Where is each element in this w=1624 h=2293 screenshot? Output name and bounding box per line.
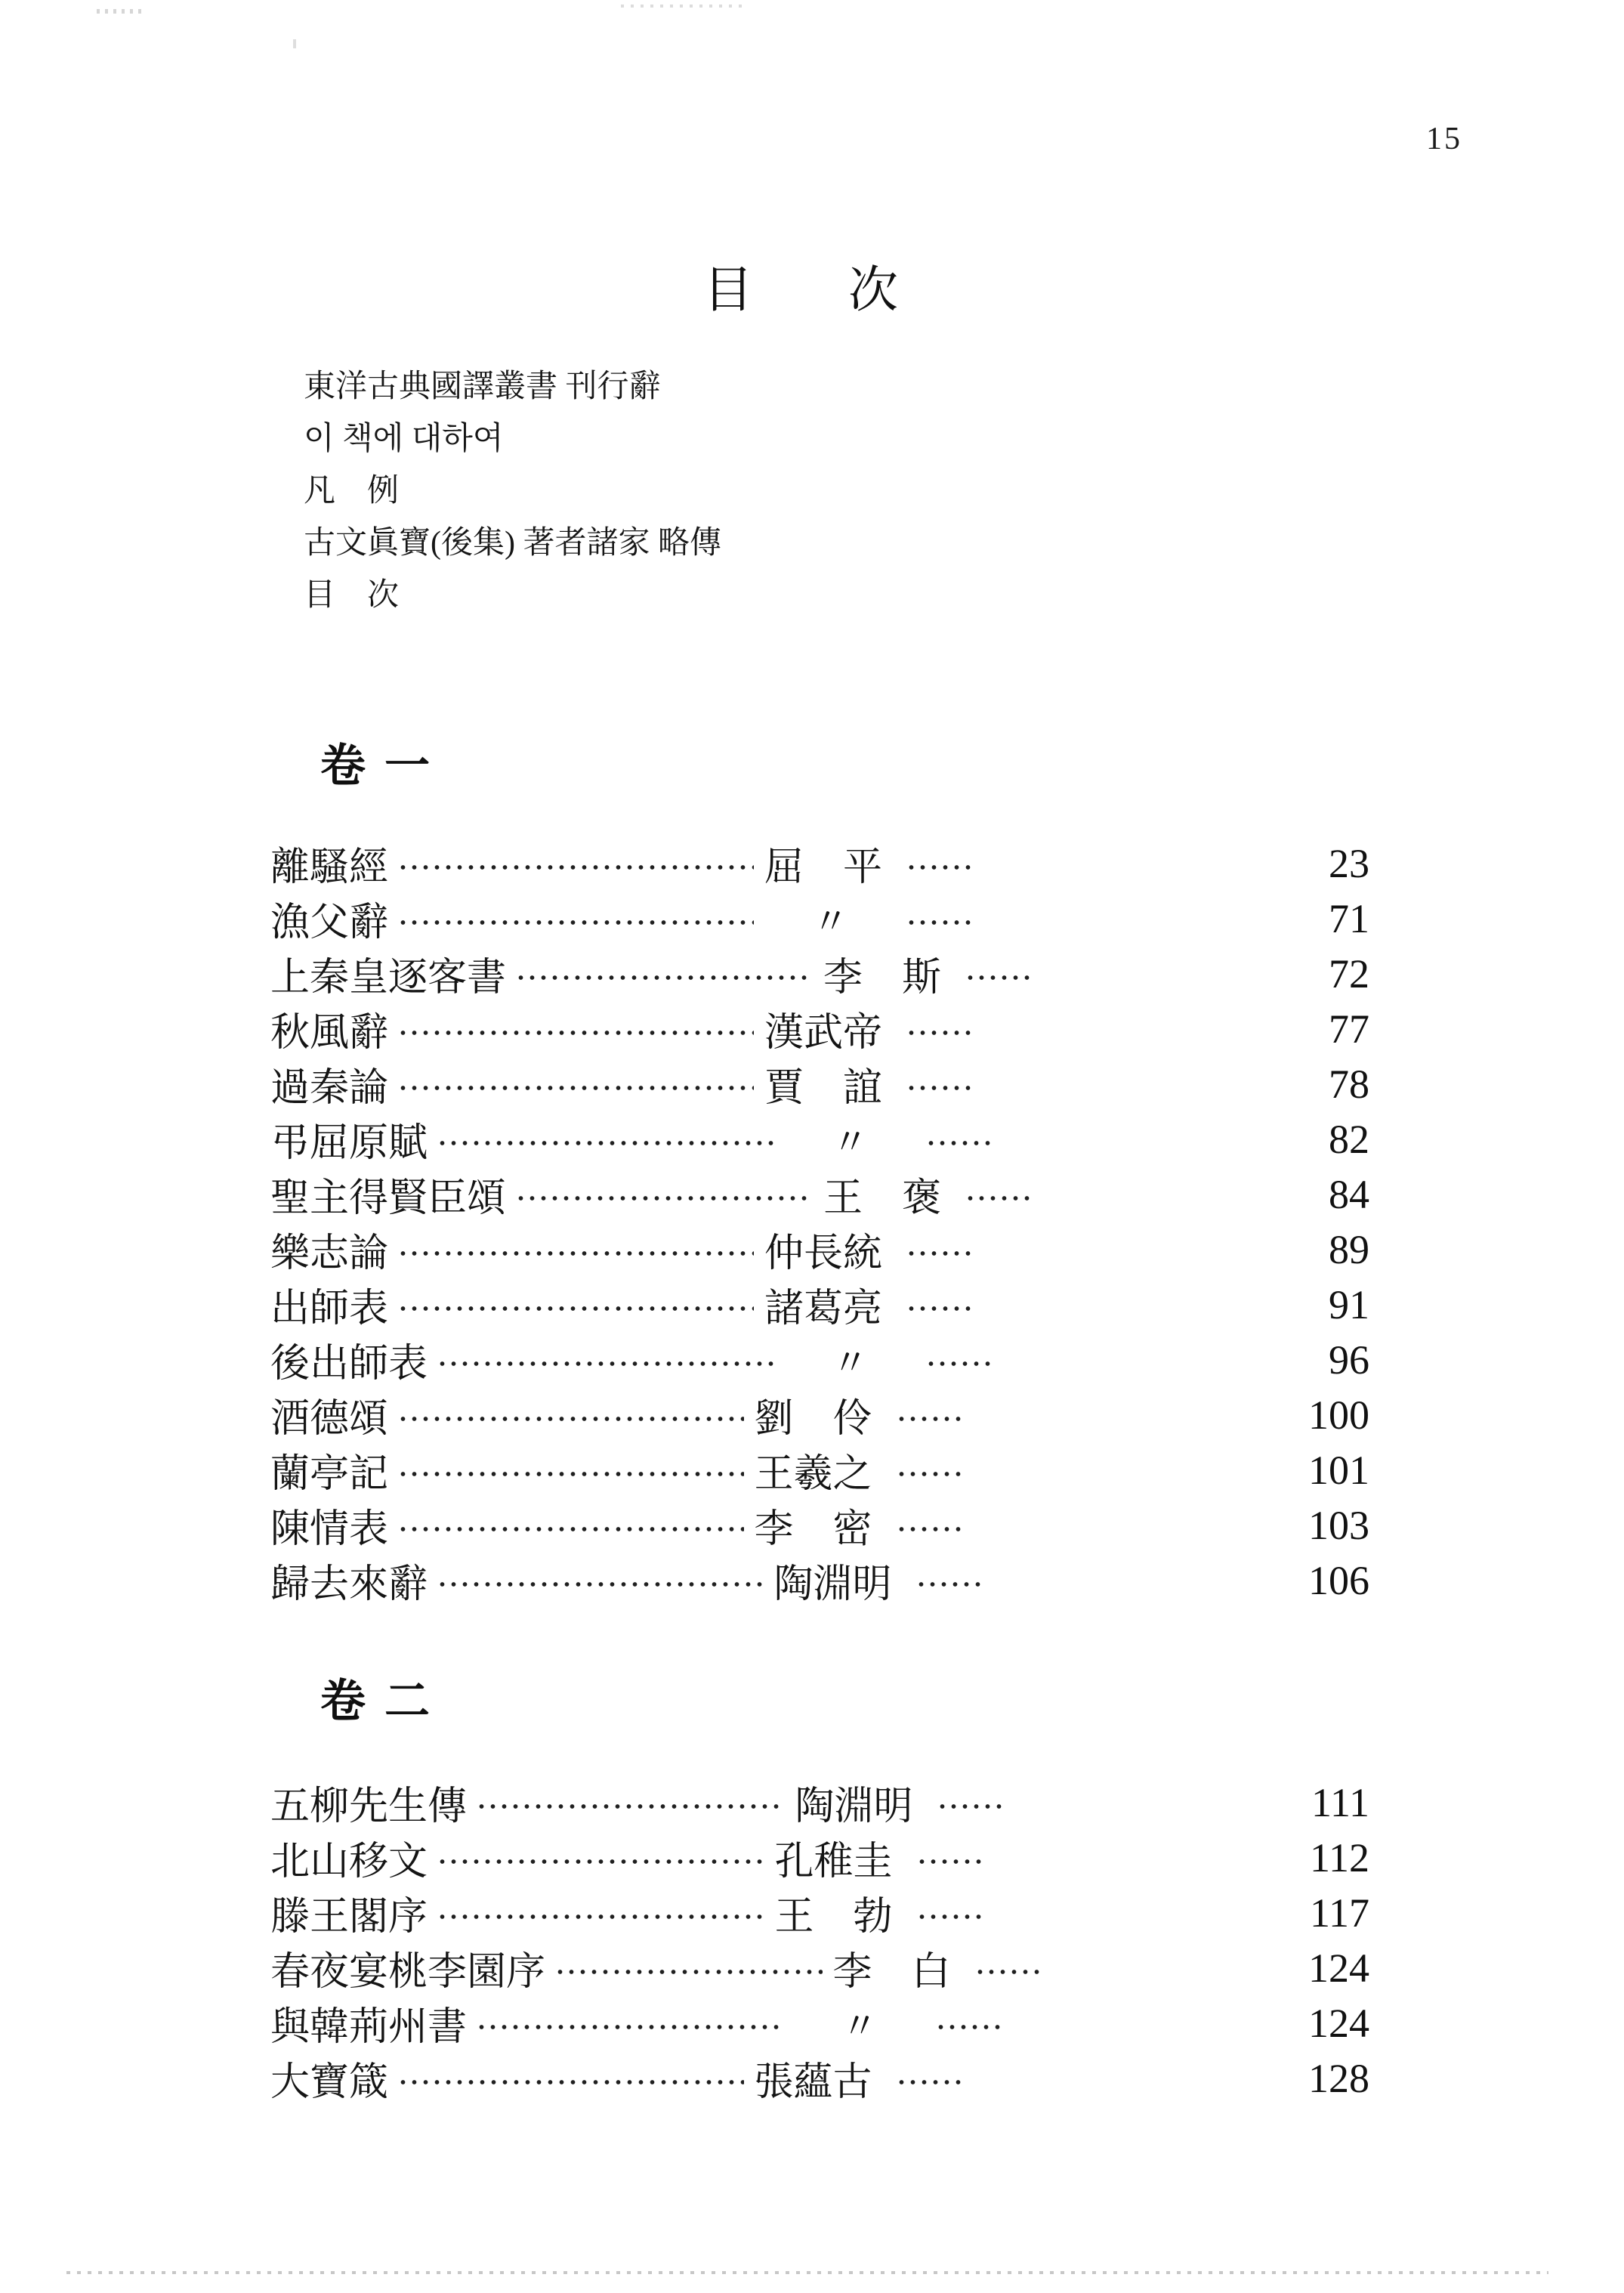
dot-leader <box>397 1249 754 1258</box>
dot-leader-short <box>906 1249 972 1258</box>
dot-leader <box>397 1525 744 1534</box>
dot-leader <box>397 1469 744 1479</box>
scan-artifact-speck <box>293 39 296 48</box>
toc-row: 弔屈原賦 〃 82 <box>270 1111 1369 1167</box>
dot-leader <box>476 1802 785 1811</box>
toc-row: 陳情表 李 密 103 <box>270 1497 1369 1553</box>
toc-entry-author: 李 白 <box>833 1939 965 1996</box>
dot-leader-short <box>906 863 972 872</box>
scan-artifact-speck <box>621 5 742 8</box>
toc-row: 秋風辭 漢武帝 77 <box>270 1001 1369 1056</box>
front-matter-item: 이 책에 대하여 <box>304 413 721 465</box>
toc-entry-title: 後出師表 <box>270 1331 428 1388</box>
scan-artifact-speck <box>97 9 145 14</box>
dot-leader <box>397 1028 754 1037</box>
toc-entry-author: 陶淵明 <box>795 1774 928 1831</box>
dot-leader-short <box>916 1857 983 1866</box>
dot-leader-short <box>937 1802 1003 1811</box>
toc-row: 酒德頌 劉 伶 100 <box>270 1387 1369 1442</box>
dot-leader-short <box>906 1083 972 1092</box>
dot-leader-short <box>896 1525 962 1534</box>
toc-entry-author: 諸葛亮 <box>764 1276 897 1333</box>
front-matter-list: 東洋古典國譯叢書 刊行辭 이 책에 대하여 凡 例 古文眞寶(後集) 著者諸家 … <box>304 361 721 622</box>
dot-leader <box>437 1139 773 1148</box>
scanned-toc-page: 15 目 次 東洋古典國譯叢書 刊行辭 이 책에 대하여 凡 例 古文眞寶(後集… <box>0 0 1624 2293</box>
toc-entry-title: 上秦皇逐客書 <box>270 945 506 1002</box>
toc-entry-page: 71 <box>972 895 1369 942</box>
toc-entry-author: 王 褒 <box>823 1166 956 1222</box>
toc-row: 滕王閣序 王 勃 117 <box>270 1885 1369 1940</box>
dot-leader <box>437 1857 764 1866</box>
toc-entry-page: 23 <box>972 840 1369 887</box>
toc-row: 大寶箴 張蘊古 128 <box>270 2050 1369 2106</box>
toc-row: 漁父辭 〃 71 <box>270 891 1369 946</box>
dot-leader-short <box>965 973 1031 982</box>
dot-leader <box>397 918 754 927</box>
dot-leader-short <box>915 1580 982 1589</box>
toc-entry-title: 出師表 <box>270 1276 388 1333</box>
toc-row: 離騷經 屈 平 23 <box>270 836 1369 891</box>
dot-leader-short <box>974 1967 1041 1976</box>
page-number: 15 <box>1426 121 1462 157</box>
dot-leader-short <box>925 1359 992 1368</box>
dot-leader-short <box>896 1469 962 1479</box>
toc-entry-page: 111 <box>1003 1779 1370 1826</box>
toc-entry-author: 屈 平 <box>764 835 897 892</box>
toc-entry-author: 孔稚圭 <box>775 1829 907 1886</box>
front-matter-item: 目 次 <box>304 570 721 622</box>
toc-entry-page: 89 <box>972 1226 1369 1273</box>
toc-row: 北山移文 孔稚圭 112 <box>270 1830 1369 1885</box>
dot-leader <box>437 1912 764 1921</box>
toc-entry-page: 72 <box>1031 950 1369 997</box>
toc-entry-title: 北山移文 <box>270 1829 428 1886</box>
toc-entry-title: 歸去來辭 <box>270 1552 428 1608</box>
toc-entry-title: 弔屈原賦 <box>270 1111 428 1167</box>
volume-1-heading: 卷 一 <box>320 730 430 795</box>
dot-leader-short <box>965 1194 1031 1203</box>
toc-entry-title: 與韓荊州書 <box>270 1995 467 2051</box>
toc-entry-title: 春夜宴桃李園序 <box>270 1939 545 1996</box>
toc-entry-title: 過秦論 <box>270 1055 388 1112</box>
toc-entry-page: 124 <box>1041 1945 1370 1992</box>
dot-leader <box>437 1359 773 1368</box>
dot-leader-short <box>906 1304 972 1313</box>
toc-entry-title: 蘭亭記 <box>270 1442 388 1498</box>
toc-entry-title: 五柳先生傳 <box>270 1774 467 1831</box>
toc-entry-author: 仲長統 <box>764 1221 897 1278</box>
toc-entry-author: 〃 <box>784 1113 916 1165</box>
toc-entry-author: 張蘊古 <box>755 2050 887 2106</box>
dot-leader-short <box>925 1139 992 1148</box>
toc-row: 五柳先生傳 陶淵明 111 <box>270 1775 1369 1830</box>
toc-entry-page: 96 <box>992 1337 1369 1383</box>
dot-leader <box>397 2078 744 2087</box>
toc-entry-author: 〃 <box>764 892 897 944</box>
dot-leader-short <box>896 2078 962 2087</box>
toc-row: 出師表 諸葛亮 91 <box>270 1277 1369 1332</box>
toc-entry-page: 106 <box>982 1557 1370 1604</box>
toc-entry-page: 112 <box>983 1834 1370 1881</box>
toc-entry-title: 漁父辭 <box>270 890 388 947</box>
toc-entry-author: 王 勃 <box>775 1884 907 1941</box>
toc-entry-page: 101 <box>962 1447 1370 1494</box>
toc-entry-title: 滕王閣序 <box>270 1884 428 1941</box>
toc-entry-title: 酒德頌 <box>270 1386 388 1443</box>
toc-entry-page: 103 <box>962 1502 1370 1549</box>
dot-leader <box>515 973 813 982</box>
toc-row: 蘭亭記 王羲之 101 <box>270 1442 1369 1497</box>
toc-entry-page: 100 <box>962 1392 1370 1439</box>
toc-entry-author: 〃 <box>784 1333 916 1386</box>
toc-entry-title: 聖主得賢臣頌 <box>270 1166 506 1222</box>
toc-entry-page: 78 <box>972 1061 1369 1108</box>
toc-entry-author: 李 斯 <box>823 945 956 1002</box>
toc-main-title: 目 次 <box>0 249 1624 321</box>
toc-entry-page: 82 <box>992 1116 1369 1163</box>
toc-row: 過秦論 賈 誼 78 <box>270 1056 1369 1111</box>
toc-entry-page: 124 <box>1002 2000 1370 2047</box>
toc-entry-title: 樂志論 <box>270 1221 388 1278</box>
toc-entry-title: 大寶箴 <box>270 2050 388 2106</box>
dot-leader <box>437 1580 764 1589</box>
toc-row: 聖主得賢臣頌 王 褒 84 <box>270 1167 1369 1222</box>
toc-entry-author: 〃 <box>794 1997 926 2049</box>
dot-leader <box>554 1967 823 1976</box>
toc-entry-page: 128 <box>962 2055 1370 2102</box>
dot-leader <box>397 863 754 872</box>
toc-row: 樂志論 仲長統 89 <box>270 1222 1369 1277</box>
dot-leader <box>397 1083 754 1092</box>
volume-1-toc-list: 離騷經 屈 平 23 漁父辭 〃 71 上秦皇逐客書 李 斯 72 <box>270 836 1369 1608</box>
toc-row: 歸去來辭 陶淵明 106 <box>270 1553 1369 1608</box>
toc-entry-page: 117 <box>983 1890 1370 1936</box>
front-matter-item: 凡 例 <box>304 465 721 518</box>
toc-row: 與韓荊州書 〃 124 <box>270 1995 1369 2050</box>
dot-leader <box>515 1194 813 1203</box>
toc-entry-title: 陳情表 <box>270 1497 388 1553</box>
toc-entry-page: 91 <box>972 1281 1369 1328</box>
toc-entry-page: 84 <box>1031 1171 1369 1218</box>
dot-leader <box>397 1304 754 1313</box>
dot-leader-short <box>896 1414 962 1423</box>
toc-row: 春夜宴桃李園序 李 白 124 <box>270 1940 1369 1995</box>
toc-entry-title: 秋風辭 <box>270 1000 388 1057</box>
dot-leader-short <box>935 2023 1002 2032</box>
volume-2-toc-list: 五柳先生傳 陶淵明 111 北山移文 孔稚圭 112 滕王閣序 王 勃 117 <box>270 1775 1369 2106</box>
toc-entry-page: 77 <box>972 1006 1369 1052</box>
dot-leader <box>397 1414 744 1423</box>
dot-leader <box>476 2023 783 2032</box>
toc-entry-author: 賈 誼 <box>764 1055 897 1112</box>
toc-entry-author: 漢武帝 <box>764 1000 897 1057</box>
volume-2-heading: 卷 二 <box>320 1665 430 1730</box>
scan-artifact-bottom-edge <box>66 2271 1548 2274</box>
front-matter-item: 古文眞寶(後集) 著者諸家 略傳 <box>304 518 721 570</box>
toc-row: 後出師表 〃 96 <box>270 1332 1369 1387</box>
front-matter-item: 東洋古典國譯叢書 刊行辭 <box>304 361 721 413</box>
toc-row: 上秦皇逐客書 李 斯 72 <box>270 946 1369 1001</box>
toc-entry-title: 離騷經 <box>270 835 388 892</box>
dot-leader-short <box>906 1028 972 1037</box>
toc-entry-author: 劉 伶 <box>755 1386 887 1443</box>
toc-entry-author: 李 密 <box>755 1497 887 1553</box>
dot-leader-short <box>916 1912 983 1921</box>
dot-leader-short <box>906 918 972 927</box>
toc-entry-author: 王羲之 <box>755 1442 887 1498</box>
toc-entry-author: 陶淵明 <box>774 1552 906 1608</box>
